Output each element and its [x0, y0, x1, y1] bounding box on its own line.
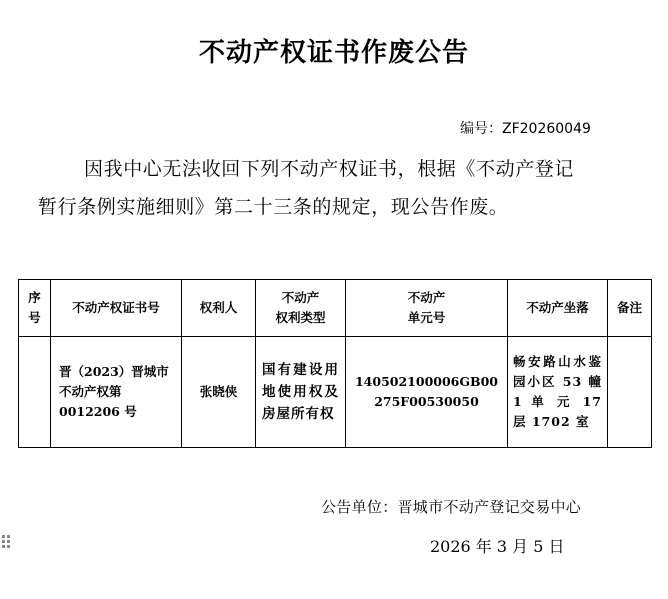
document-number: 编号：ZF20260049 — [460, 118, 591, 138]
paragraph-line-1: 因我中心无法收回下列不动产权证书，根据《不动产登记 — [38, 150, 628, 188]
header-seq: 序号 — [19, 280, 51, 337]
cell-cert-no: 晋（2023）晋城市不动产权第 0012206 号 — [51, 337, 182, 448]
issue-date: 2026 年 3 月 5 日 — [430, 534, 565, 557]
header-cert-no: 不动产权证书号 — [51, 280, 182, 337]
header-right-type: 不动产权利类型 — [256, 280, 346, 337]
table-header-row: 序号 不动产权证书号 权利人 不动产权利类型 不动产单元号 不动产坐落 备注 — [19, 280, 652, 337]
header-right-type-line2: 权利类型 — [275, 310, 325, 325]
paragraph-line-2: 暂行条例实施细则》第二十三条的规定，现公告作废。 — [38, 188, 628, 226]
header-right-type-line1: 不动产 — [282, 290, 320, 305]
header-remark: 备注 — [608, 280, 652, 337]
header-unit-no: 不动产单元号 — [346, 280, 508, 337]
drag-handle-icon[interactable] — [2, 535, 12, 549]
cell-holder: 张晓侠 — [182, 337, 256, 448]
cell-remark — [608, 337, 652, 448]
header-seq-line2: 号 — [28, 310, 41, 325]
header-unit-no-line2: 单元号 — [408, 310, 446, 325]
cell-location: 畅安路山水鉴园小区 53 幢 1 单 元 17 层 1702 室 — [508, 337, 608, 448]
header-unit-no-line1: 不动产 — [408, 290, 446, 305]
cell-unit-no: 140502100006GB00275F00530050 — [346, 337, 508, 448]
header-seq-line1: 序 — [28, 290, 41, 305]
header-holder: 权利人 — [182, 280, 256, 337]
table-row: 晋（2023）晋城市不动产权第 0012206 号 张晓侠 国有建设用地使用权及… — [19, 337, 652, 448]
void-certificate-table: 序号 不动产权证书号 权利人 不动产权利类型 不动产单元号 不动产坐落 备注 晋… — [18, 279, 652, 448]
notice-title: 不动产权证书作废公告 — [0, 32, 668, 69]
cell-seq — [19, 337, 51, 448]
issuing-organization: 公告单位：晋城市不动产登记交易中心 — [321, 496, 581, 517]
cell-right-type: 国有建设用地使用权及房屋所有权 — [256, 337, 346, 448]
notice-paragraph: 因我中心无法收回下列不动产权证书，根据《不动产登记 暂行条例实施细则》第二十三条… — [38, 150, 628, 226]
header-location: 不动产坐落 — [508, 280, 608, 337]
